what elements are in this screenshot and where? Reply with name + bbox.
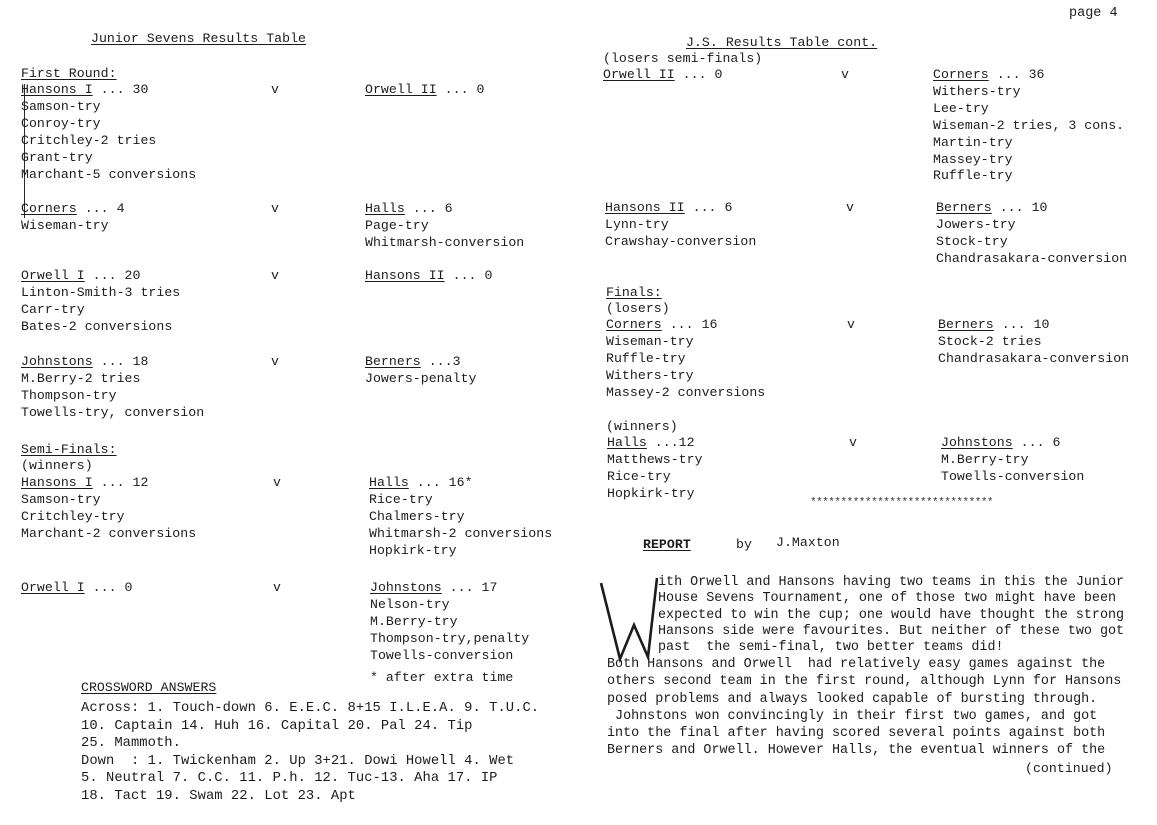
scorer-line: Withers-try (933, 84, 1021, 101)
scorer-line: M.Berry-try (941, 452, 1029, 469)
scorer-line: Towells-conversion (370, 648, 513, 665)
versus-label: v (849, 435, 857, 452)
scorer-line: Jowers-penalty (365, 371, 477, 388)
team-score: ... 0 (445, 268, 493, 283)
versus-label: v (271, 354, 279, 371)
report-line: Johnstons won convincingly in their firs… (607, 708, 1121, 725)
versus-label: v (271, 268, 279, 285)
team-score: ... 6 (405, 201, 453, 216)
crossword-heading: CROSSWORD ANSWERS (81, 680, 216, 697)
team-score: ... 0 (675, 67, 723, 82)
scorer-line: Ruffle-try (606, 351, 686, 368)
scorer-line: Jowers-try (936, 217, 1016, 234)
team-name: Johnstons (21, 354, 93, 369)
team-name: Hansons II (365, 268, 445, 283)
team-score-line: Halls ... 16* (369, 475, 473, 492)
report-line: ith Orwell and Hansons having two teams … (658, 574, 1124, 590)
scorer-line: Wiseman-try (606, 334, 694, 351)
team-name: Orwell I (21, 268, 85, 283)
team-score-line: Halls ... 6 (365, 201, 453, 218)
scorer-line: Whitmarsh-2 conversions (369, 526, 552, 543)
scorer-line: Marchant-2 conversions (21, 526, 196, 543)
scorer-line: Ruffle-try (933, 168, 1013, 185)
team-score-line: Hansons I ... 30 (21, 82, 148, 99)
scorer-line: Page-try (365, 218, 429, 235)
versus-label: v (847, 317, 855, 334)
report-intro-paragraph: ith Orwell and Hansons having two teams … (658, 574, 1124, 655)
team-score-line: Orwell II ... 0 (603, 67, 722, 84)
versus-label: v (841, 67, 849, 84)
report-line: expected to win the cup; one would have … (658, 607, 1124, 623)
team-name: Hansons I (21, 475, 93, 490)
team-name: Halls (365, 201, 405, 216)
scorer-line: M.Berry-2 tries (21, 371, 140, 388)
team-name: Hansons I (21, 82, 93, 97)
losers-semi-subheading: (losers semi-finals) (603, 51, 762, 68)
results-table-title: Junior Sevens Results Table (91, 31, 306, 48)
team-name: Corners (933, 67, 989, 82)
scorer-line: Martin-try (933, 135, 1013, 152)
scorer-line: Wiseman-2 tries, 3 cons. (933, 118, 1124, 135)
team-score-line: Berners ...3 (365, 354, 461, 371)
report-line: Both Hansons and Orwell had relatively e… (607, 656, 1121, 673)
team-score: ... 0 (85, 580, 133, 595)
semi-finals-heading: Semi-Finals: (21, 442, 117, 459)
scorer-line: Massey-try (933, 152, 1013, 169)
crossword-line: 18. Tact 19. Swam 22. Lot 23. Apt (81, 788, 539, 806)
finals-losers-subheading: (losers) (606, 301, 670, 318)
scorer-line: Matthews-try (607, 452, 703, 469)
crossword-line: Down : 1. Twickenham 2. Up 3+21. Dowi Ho… (81, 753, 539, 771)
team-name: Johnstons (370, 580, 442, 595)
scorer-line: Wiseman-try (21, 218, 109, 235)
team-score: ... 36 (989, 67, 1045, 82)
scorer-line: Marchant-5 conversions (21, 167, 196, 184)
team-name: Berners (938, 317, 994, 332)
team-score: ... 4 (77, 201, 125, 216)
report-author: J.Maxton (776, 535, 840, 552)
scorer-line: Chalmers-try (369, 509, 465, 526)
scorer-line: M.Berry-try (370, 614, 458, 631)
crossword-line: 10. Captain 14. Huh 16. Capital 20. Pal … (81, 718, 539, 736)
scorer-line: Linton-Smith-3 tries (21, 285, 180, 302)
finals-heading-text: Finals: (606, 285, 662, 300)
team-score-line: Orwell II ... 0 (365, 82, 484, 99)
first-round-heading-text: First Round: (21, 66, 117, 81)
team-score: ... 18 (93, 354, 149, 369)
scorer-line: Withers-try (606, 368, 694, 385)
report-line: past the semi-final, two better teams di… (658, 639, 1124, 655)
team-score: ... 12 (93, 475, 149, 490)
dropcap-w-icon (598, 575, 658, 665)
finals-heading: Finals: (606, 285, 662, 302)
scorer-line: Hopkirk-try (607, 486, 695, 503)
scorer-line: Chandrasakara-conversion (936, 251, 1127, 268)
team-score-line: Johnstons ... 18 (21, 354, 148, 371)
team-score: ... 0 (437, 82, 485, 97)
scorer-line: Thompson-try,penalty (370, 631, 529, 648)
team-name: Berners (365, 354, 421, 369)
report-line: Berners and Orwell. However Halls, the e… (607, 742, 1121, 759)
scorer-line: Samson-try (21, 99, 101, 116)
scorer-line: Towells-conversion (941, 469, 1084, 486)
report-continued: (continued) (1025, 761, 1113, 778)
scorer-line: Massey-2 conversions (606, 385, 765, 402)
team-score: ... 16 (662, 317, 718, 332)
scorer-line: Critchley-2 tries (21, 133, 156, 150)
versus-label: v (273, 475, 281, 492)
finals-winners-subheading: (winners) (606, 419, 678, 436)
scorer-line: Lynn-try (605, 217, 669, 234)
team-score: ... 20 (85, 268, 141, 283)
team-name: Corners (606, 317, 662, 332)
team-name: Orwell II (365, 82, 437, 97)
team-score-line: Orwell I ... 0 (21, 580, 133, 597)
versus-label: v (271, 201, 279, 218)
team-score-line: Corners ... 16 (606, 317, 718, 334)
scorer-line: Lee-try (933, 101, 989, 118)
team-score-line: Hansons II ... 6 (605, 200, 732, 217)
versus-label: v (271, 82, 279, 99)
report-heading: REPORT (643, 537, 691, 554)
scorer-line: Towells-try, conversion (21, 405, 204, 422)
scorer-line: Chandrasakara-conversion (938, 351, 1129, 368)
team-score: ... 10 (992, 200, 1048, 215)
scorer-line: Whitmarsh-conversion (365, 235, 524, 252)
report-line: others second team in the first round, a… (607, 673, 1121, 690)
team-name: Orwell II (603, 67, 675, 82)
scorer-line: Samson-try (21, 492, 101, 509)
report-line: House Sevens Tournament, one of those tw… (658, 590, 1124, 606)
team-score: ... 17 (442, 580, 498, 595)
results-table-cont-title: J.S. Results Table cont. (686, 35, 877, 52)
team-name: Berners (936, 200, 992, 215)
team-score-line: Hansons II ... 0 (365, 268, 492, 285)
scorer-line: Thompson-try (21, 388, 117, 405)
team-score-line: Hansons I ... 12 (21, 475, 148, 492)
page-number: page 4 (1069, 6, 1118, 21)
team-score: ...3 (421, 354, 461, 369)
report-by-label: by (736, 537, 752, 554)
crossword-line: 5. Neutral 7. C.C. 11. P.h. 12. Tuc-13. … (81, 770, 539, 788)
scorer-line: Crawshay-conversion (605, 234, 756, 251)
team-score: ... 6 (1013, 435, 1061, 450)
crossword-answers: Across: 1. Touch-down 6. E.E.C. 8+15 I.L… (81, 700, 539, 805)
report-body-paragraph: Both Hansons and Orwell had relatively e… (607, 656, 1121, 760)
separator-stars: ****************************** (810, 497, 993, 509)
scorer-line: Carr-try (21, 302, 85, 319)
team-score-line: Johnstons ... 6 (941, 435, 1060, 452)
team-name: Halls (369, 475, 409, 490)
team-score: ... 16* (409, 475, 473, 490)
scorer-line: Conroy-try (21, 116, 101, 133)
team-score-line: Halls ...12 (607, 435, 695, 452)
scorer-line: Hopkirk-try (369, 543, 457, 560)
team-name: Orwell I (21, 580, 85, 595)
extra-time-footnote: * after extra time (370, 670, 513, 687)
scorer-line: Grant-try (21, 150, 93, 167)
team-score-line: Corners ... 4 (21, 201, 125, 218)
team-score-line: Berners ... 10 (938, 317, 1050, 334)
versus-label: v (846, 200, 854, 217)
scorer-line: Critchley-try (21, 509, 125, 526)
team-name: Corners (21, 201, 77, 216)
team-name: Johnstons (941, 435, 1013, 450)
team-score: ... 30 (93, 82, 149, 97)
team-score: ... 6 (685, 200, 733, 215)
team-score: ... 10 (994, 317, 1050, 332)
semi-finals-heading-text: Semi-Finals: (21, 442, 117, 457)
report-line: into the final after having scored sever… (607, 725, 1121, 742)
scorer-line: Nelson-try (370, 597, 450, 614)
team-name: Halls (607, 435, 647, 450)
versus-label: v (273, 580, 281, 597)
team-name: Hansons II (605, 200, 685, 215)
team-score-line: Berners ... 10 (936, 200, 1048, 217)
report-line: posed problems and always looked capable… (607, 691, 1121, 708)
first-round-heading: First Round: (21, 66, 117, 83)
team-score-line: Corners ... 36 (933, 67, 1045, 84)
scorer-line: Rice-try (607, 469, 671, 486)
scorer-line: Stock-try (936, 234, 1008, 251)
team-score-line: Orwell I ... 20 (21, 268, 140, 285)
team-score: ...12 (647, 435, 695, 450)
report-line: Hansons side were favourites. But neithe… (658, 623, 1124, 639)
team-score-line: Johnstons ... 17 (370, 580, 497, 597)
semi-finals-subheading: (winners) (21, 458, 93, 475)
scorer-line: Rice-try (369, 492, 433, 509)
scorer-line: Bates-2 conversions (21, 319, 172, 336)
crossword-line: 25. Mammoth. (81, 735, 539, 753)
scorer-line: Stock-2 tries (938, 334, 1042, 351)
crossword-line: Across: 1. Touch-down 6. E.E.C. 8+15 I.L… (81, 700, 539, 718)
